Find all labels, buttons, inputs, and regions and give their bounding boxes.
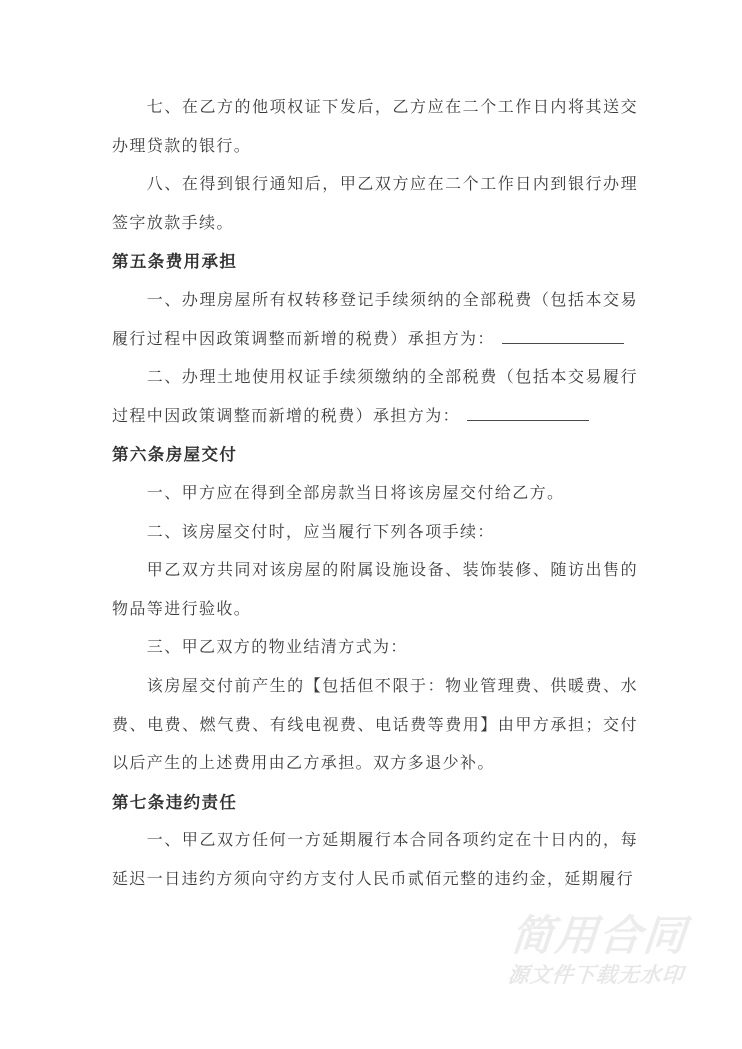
contract-paragraph: 一、甲乙双方任何一方延期履行本合同各项约定在十日内的，每延迟一日违约方须向守约方… (112, 822, 638, 899)
watermark-subtitle: 源文件下载无水印 (507, 963, 685, 989)
contract-paragraph: 甲乙双方共同对该房屋的附属设施设备、装饰装修、随访出售的物品等进行验收。 (112, 552, 638, 629)
contract-page: 七、在乙方的他项权证下发后，乙方应在二个工作日内将其送交办理贷款的银行。八、在得… (0, 0, 742, 1049)
contract-heading: 第五条费用承担 (112, 243, 638, 282)
contract-paragraph: 七、在乙方的他项权证下发后，乙方应在二个工作日内将其送交办理贷款的银行。 (112, 89, 638, 166)
contract-paragraph: 八、在得到银行通知后，甲乙双方应在二个工作日内到银行办理签字放款手续。 (112, 166, 638, 243)
watermark-title: 简用合同 (509, 912, 689, 960)
contract-paragraph: 一、办理房屋所有权转移登记手续须纳的全部税费（包括本交易履行过程中因政策调整而新… (112, 282, 638, 359)
contract-paragraph: 三、甲乙双方的物业结清方式为： (112, 629, 638, 668)
fill-in-blank-line (502, 330, 624, 344)
watermark: 简用合同 源文件下载无水印 (507, 912, 690, 989)
contract-heading: 第七条违约责任 (112, 784, 638, 823)
contract-paragraph: 二、该房屋交付时，应当履行下列各项手续： (112, 514, 638, 553)
contract-paragraph: 二、办理土地使用权证手续须缴纳的全部税费（包括本交易履行过程中因政策调整而新增的… (112, 359, 638, 436)
contract-paragraph: 一、甲方应在得到全部房款当日将该房屋交付给乙方。 (112, 475, 638, 514)
fill-in-blank-line (467, 407, 589, 421)
contract-body: 七、在乙方的他项权证下发后，乙方应在二个工作日内将其送交办理贷款的银行。八、在得… (112, 89, 638, 899)
contract-paragraph: 该房屋交付前产生的【包括但不限于：物业管理费、供暖费、水费、电费、燃气费、有线电… (112, 668, 638, 784)
contract-heading: 第六条房屋交付 (112, 436, 638, 475)
